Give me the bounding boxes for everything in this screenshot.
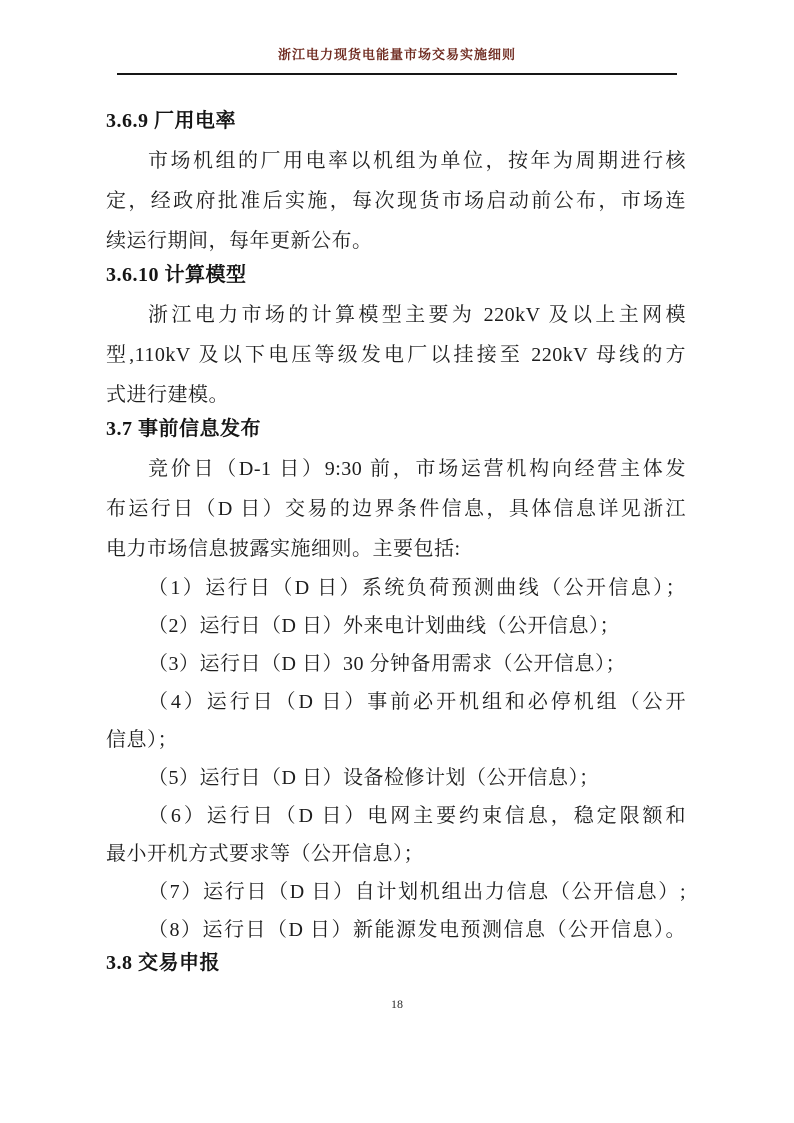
list-line: （5）运行日（D 日）设备检修计划（公开信息）； <box>106 759 686 797</box>
paragraph-line: 竞价日（D-1 日）9:30 前，市场运营机构向经营主体发 <box>106 449 686 489</box>
running-header-title: 浙江电力现货电能量市场交易实施细则 <box>0 47 794 63</box>
list-line: （7）运行日（D 日）自计划机组出力信息（公开信息）; <box>106 873 686 911</box>
information-list: （1）运行日（D 日）系统负荷预测曲线（公开信息）； （2）运行日（D 日）外来… <box>106 569 686 949</box>
section-heading-3-6-10: 3.6.10 计算模型 <box>106 255 686 295</box>
document-header: 浙江电力现货电能量市场交易实施细则 <box>0 0 794 75</box>
paragraph-line: 电力市场信息披露实施细则。主要包括: <box>106 529 686 569</box>
section-heading-3-8: 3.8 交易申报 <box>106 943 686 983</box>
header-rule <box>117 73 677 75</box>
list-line: （6）运行日（D 日）电网主要约束信息，稳定限额和 <box>106 797 686 835</box>
list-line-continuation: 信息）； <box>106 721 686 759</box>
paragraph-line: 定，经政府批准后实施，每次现货市场启动前公布，市场连 <box>106 181 686 221</box>
paragraph: 浙江电力市场的计算模型主要为 220kV 及以上主网模 型,110kV 及以下电… <box>106 295 686 415</box>
document-body: 3.6.9 厂用电率 市场机组的厂用电率以机组为单位，按年为周期进行核 定，经政… <box>106 101 686 983</box>
paragraph-line: 型,110kV 及以下电压等级发电厂以挂接至 220kV 母线的方 <box>106 335 686 375</box>
paragraph: 竞价日（D-1 日）9:30 前，市场运营机构向经营主体发 布运行日（D 日）交… <box>106 449 686 569</box>
list-line: （2）运行日（D 日）外来电计划曲线（公开信息）； <box>106 607 686 645</box>
list-line: （4）运行日（D 日）事前必开机组和必停机组（公开 <box>106 683 686 721</box>
list-line: （3）运行日（D 日）30 分钟备用需求（公开信息）； <box>106 645 686 683</box>
document-page: 浙江电力现货电能量市场交易实施细则 3.6.9 厂用电率 市场机组的厂用电率以机… <box>0 0 794 1123</box>
paragraph-line: 布运行日（D 日）交易的边界条件信息，具体信息详见浙江 <box>106 489 686 529</box>
page-number: 18 <box>0 997 794 1012</box>
paragraph-line: 市场机组的厂用电率以机组为单位，按年为周期进行核 <box>106 141 686 181</box>
paragraph: 市场机组的厂用电率以机组为单位，按年为周期进行核 定，经政府批准后实施，每次现货… <box>106 141 686 261</box>
section-heading-3-7: 3.7 事前信息发布 <box>106 409 686 449</box>
list-line-continuation: 最小开机方式要求等（公开信息）； <box>106 835 686 873</box>
paragraph-line: 浙江电力市场的计算模型主要为 220kV 及以上主网模 <box>106 295 686 335</box>
section-heading-3-6-9: 3.6.9 厂用电率 <box>106 101 686 141</box>
list-line: （1）运行日（D 日）系统负荷预测曲线（公开信息）； <box>106 569 686 607</box>
